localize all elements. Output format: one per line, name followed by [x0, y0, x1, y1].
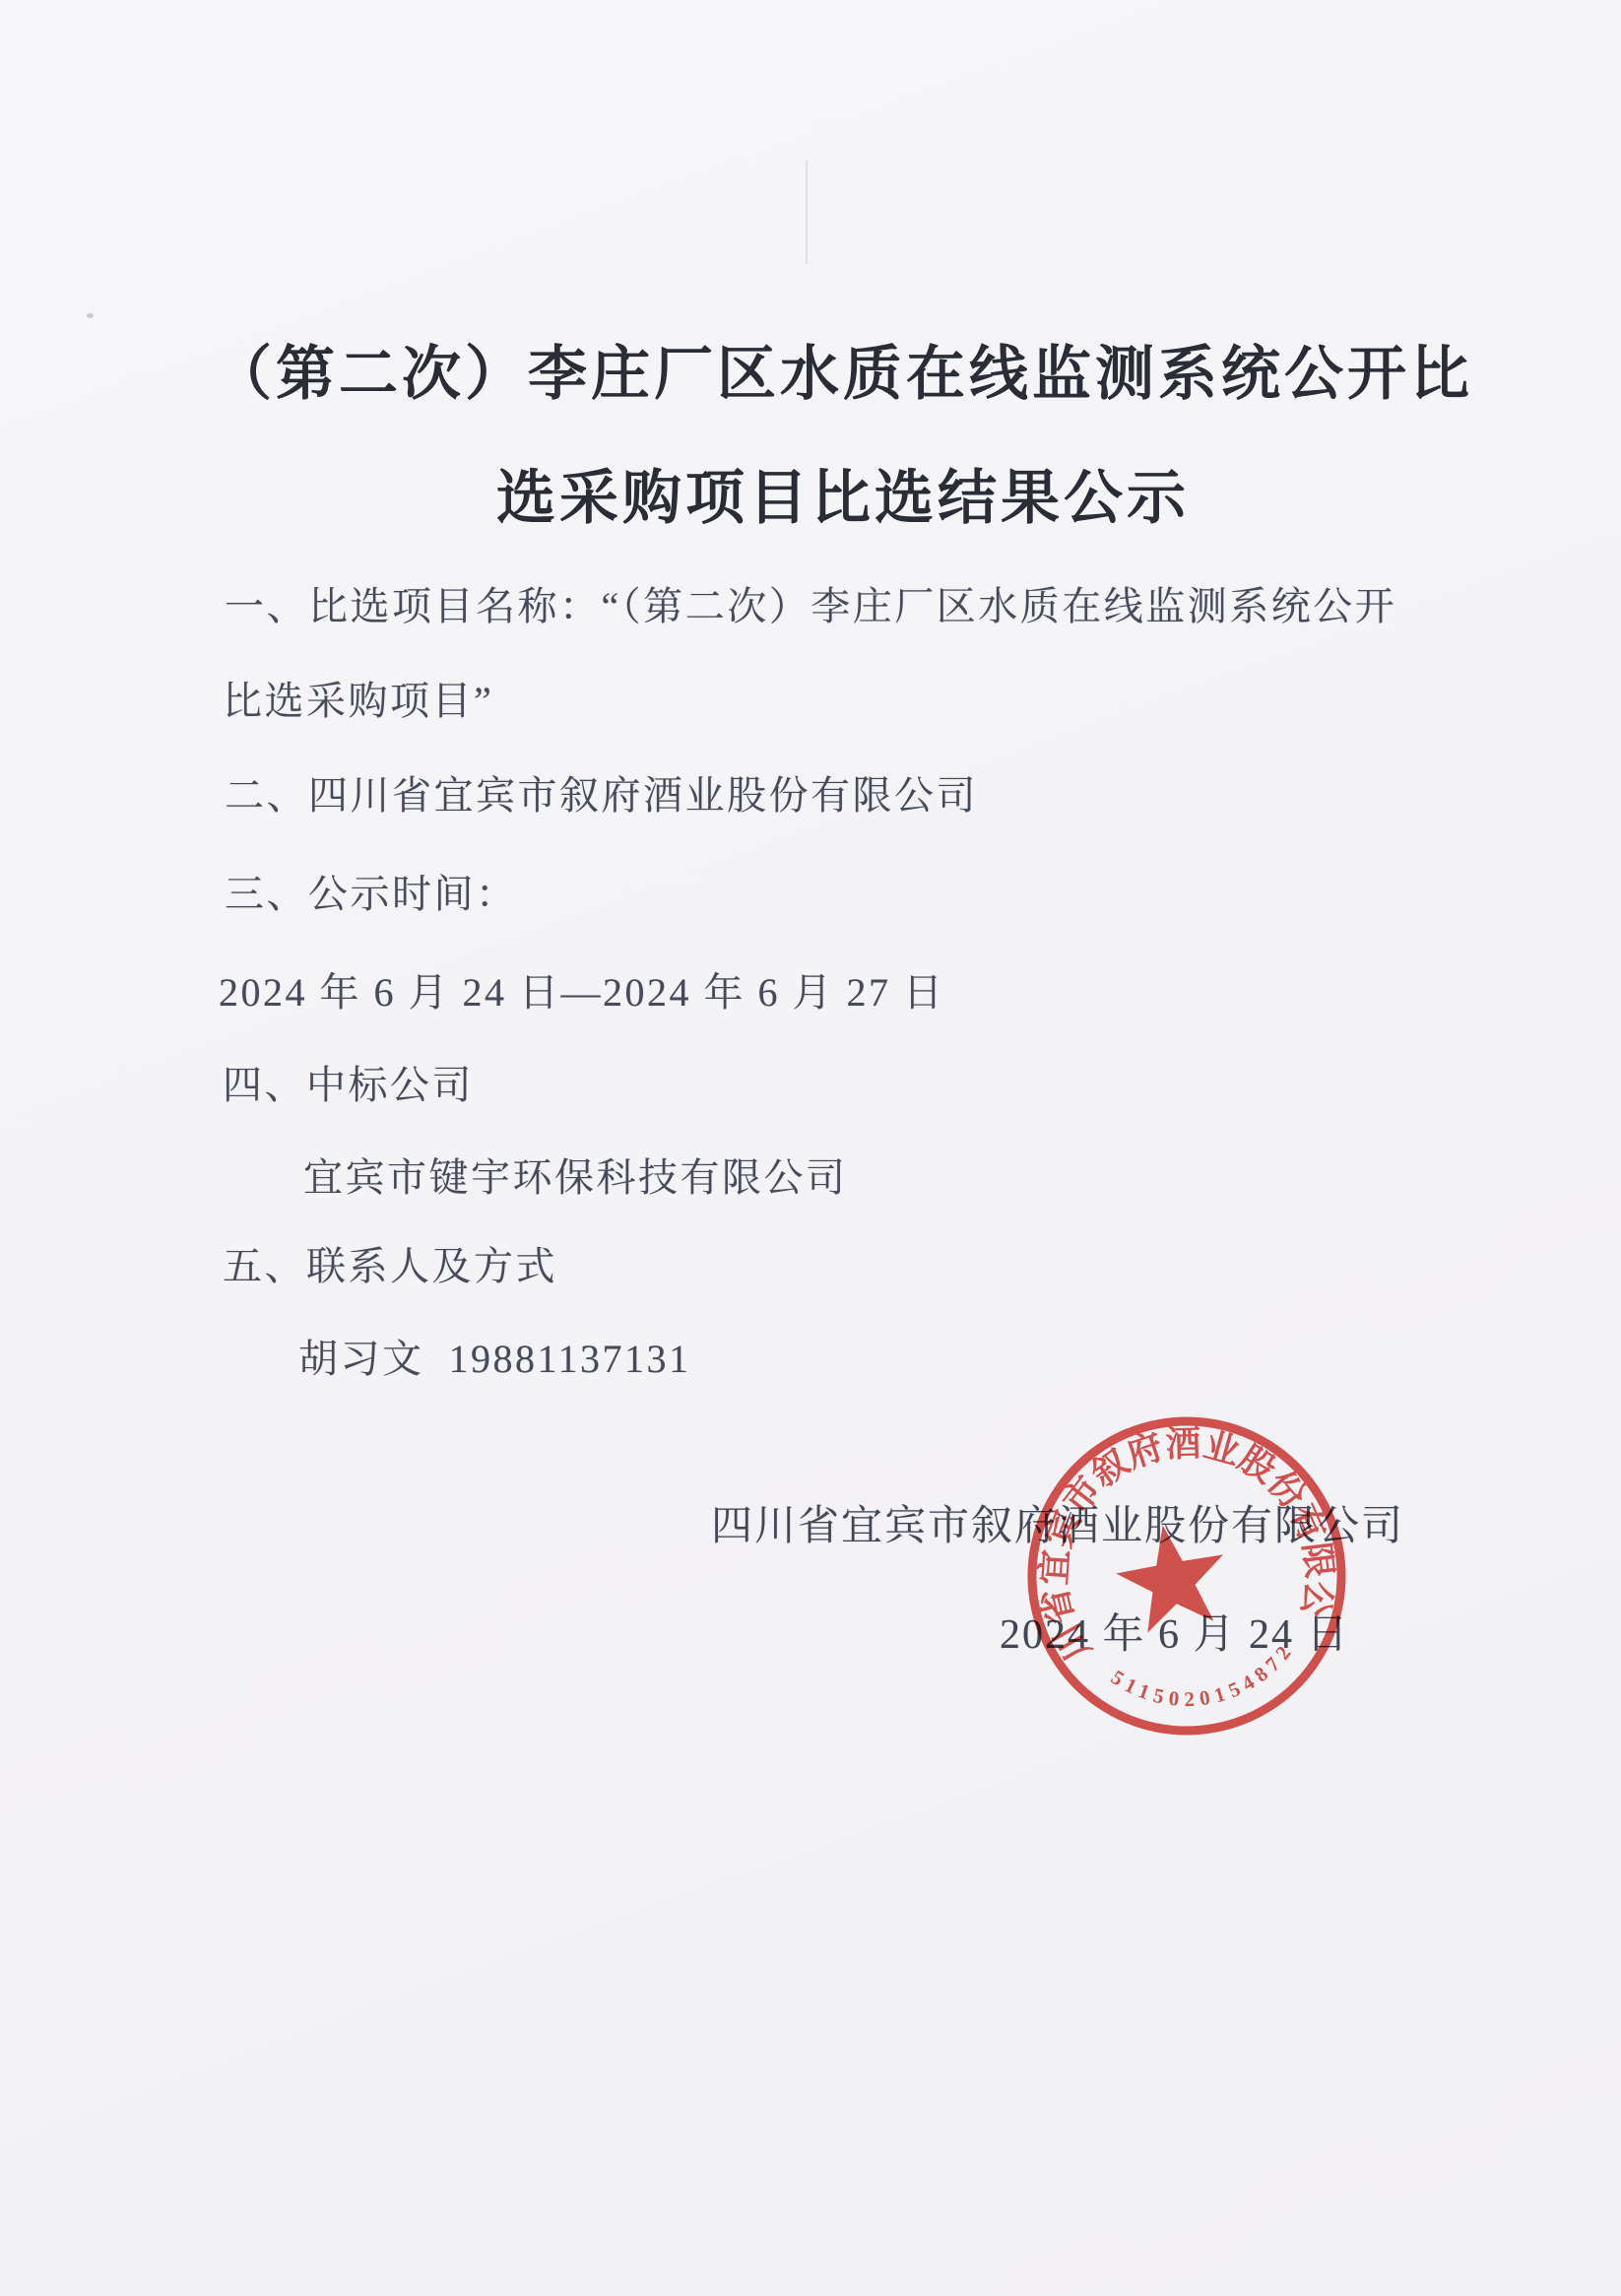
seal-company-text-holder: 四川省宜宾市叙府酒业股份有限公司: [973, 1362, 1348, 1678]
body-line-project-name-cont: 比选采购项目”: [223, 670, 493, 726]
body-line-publicity-period-label: 三、公示时间：: [225, 863, 518, 919]
seal-company-text: 四川省宜宾市叙府酒业股份有限公司: [973, 1362, 1348, 1678]
page-title-line-2: 选采购项目比选结果公示: [32, 451, 1621, 536]
official-seal-graphic: 四川省宜宾市叙府酒业股份有限公司 5115020154872: [973, 1362, 1399, 1789]
scan-artifact-crease: [806, 161, 808, 264]
body-line-contact-label: 五、联系人及方式: [223, 1235, 557, 1291]
scanned-page: （第二次）李庄厂区水质在线监测系统公开比 选采购项目比选结果公示 一、比选项目名…: [0, 0, 1621, 2296]
body-line-winner-company: 宜宾市键宇环保科技有限公司: [303, 1147, 848, 1203]
official-seal: 四川省宜宾市叙府酒业股份有限公司 5115020154872: [973, 1362, 1399, 1789]
page-title-line-1: （第二次）李庄厂区水质在线监测系统公开比: [32, 327, 1621, 412]
seal-serial-text: 5115020154872: [1104, 1634, 1307, 1726]
seal-star-icon: [1109, 1516, 1234, 1636]
scan-artifact-speck: [87, 313, 94, 318]
seal-serial-text-holder: 5115020154872: [1104, 1634, 1307, 1726]
body-line-publicity-period-dates: 2024 年 6 月 24 日—2024 年 6 月 27 日: [219, 961, 945, 1017]
body-line-project-name: 一、比选项目名称：“（第二次）李庄厂区水质在线监测系统公开: [225, 575, 1396, 631]
body-line-contact-info: 胡习文 19881137131: [298, 1328, 691, 1384]
body-line-winner-label: 四、中标公司: [223, 1054, 474, 1110]
body-line-purchaser: 二、四川省宜宾市叙府酒业股份有限公司: [225, 764, 978, 820]
